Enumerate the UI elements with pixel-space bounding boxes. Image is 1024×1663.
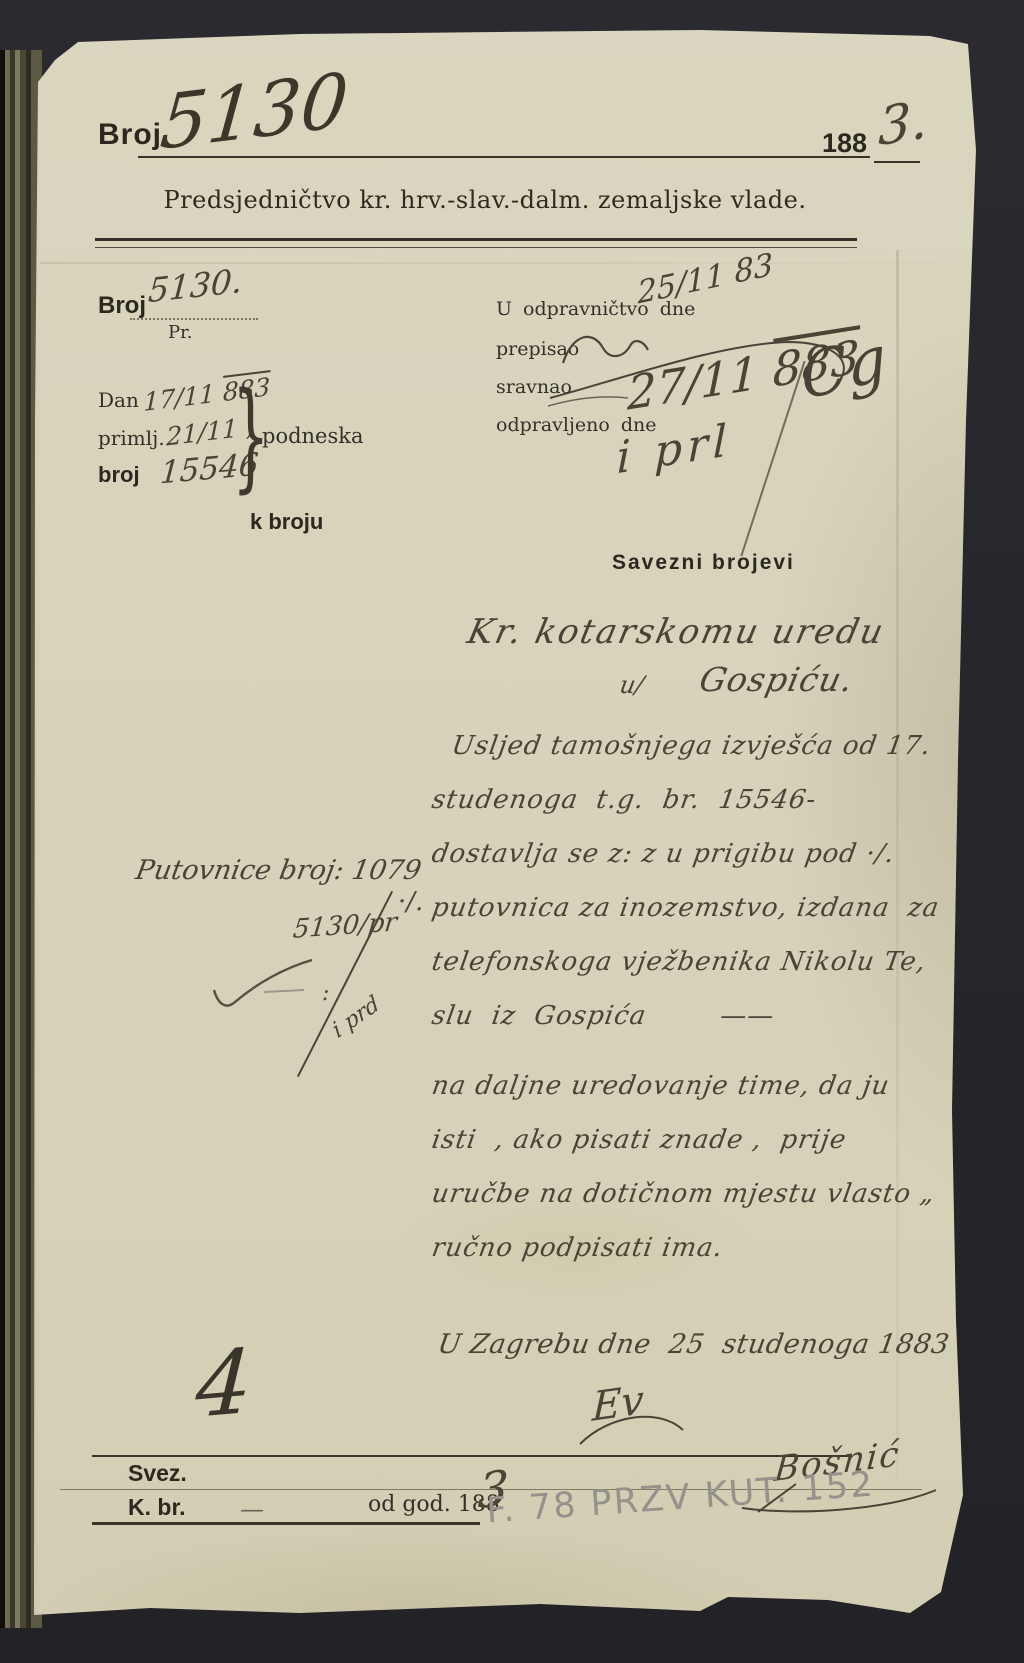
- signature-swash: [575, 1402, 695, 1457]
- footer-rule-bottom: [92, 1522, 480, 1525]
- body-line: telefonskoga vježbenika Nikolu Te,: [432, 948, 942, 977]
- receipt-broj2-label: broj: [98, 462, 140, 488]
- header-broj-value-handwritten: 5130: [157, 60, 351, 166]
- address-underline-1: [0, 0, 466, 2]
- file-number-fraction-handwritten: 5130/pr: [292, 908, 399, 944]
- body-line: ručno podpisati ima.: [432, 1234, 942, 1263]
- receipt-dan-label: Dan: [98, 388, 139, 412]
- document-scan: Broj 5130 188 3. Predsjedničtvo kr. hrv.…: [0, 0, 1024, 1663]
- footer-rule-top: [92, 1455, 852, 1457]
- horizontal-crease: [40, 262, 940, 264]
- body-line: na daljne uredovanje time, da ju: [432, 1072, 942, 1101]
- header-year-prefix: 188: [822, 128, 867, 159]
- putovnice-margin-note-handwritten: Putovnice broj: 1079: [133, 856, 423, 886]
- k-br-dash-handwritten: —: [240, 1496, 264, 1522]
- body-line: uručbe na dotičnom mjestu vlasto „: [432, 1180, 942, 1209]
- receipt-broj-value-handwritten: 5130.: [147, 263, 244, 310]
- header-year-digit-handwritten: 3.: [878, 92, 928, 158]
- putovnice-underline: [0, 4, 294, 6]
- body-line: Usljed tamošnjega izvješća od 17.: [452, 732, 962, 761]
- body-line: isti , ako pisati znade , prije: [432, 1126, 942, 1155]
- receipt-pr-label: Pr.: [168, 322, 192, 343]
- page-title: Predsjedničtvo kr. hrv.-slav.-dalm. zema…: [105, 186, 865, 214]
- body-line: slu iz Gospića ——: [432, 1002, 942, 1031]
- body-line: dostavlja se z: z u prigibu pod ·/.: [432, 840, 942, 869]
- checkmark-stroke: [208, 952, 338, 1014]
- svez-label: Svez.: [128, 1460, 187, 1487]
- enclosure-reference-mark: ·/.: [398, 888, 423, 917]
- paper-sheet: Broj 5130 188 3. Predsjedničtvo kr. hrv.…: [0, 0, 1024, 1663]
- podneska-label: podneska: [262, 424, 364, 448]
- filing-dots: :: [322, 982, 329, 1006]
- receipt-broj-label: Broj: [98, 292, 146, 320]
- address-line2-handwritten: Gospiću.: [696, 662, 857, 698]
- archive-pencil-note: F. 78 PRZV KUT. 152: [485, 1464, 876, 1531]
- k-br-label: K. br.: [128, 1494, 186, 1521]
- svez-value-handwritten: 4: [194, 1333, 255, 1435]
- address-underline-2: [0, 2, 278, 4]
- sravnao-label: sravnao: [496, 376, 572, 398]
- header-broj-label: Broj: [98, 118, 162, 152]
- address-prefix-handwritten: u/: [618, 672, 646, 698]
- title-double-rule: [95, 238, 857, 248]
- body-line: studenoga t.g. br. 15546-: [432, 786, 942, 815]
- header-underline: [138, 156, 870, 158]
- body-line: putovnica za inozemstvo, izdana za: [432, 894, 942, 923]
- address-line1-handwritten: Kr. kotarskomu uredu: [464, 614, 888, 651]
- dateline-handwritten: U Zagrebu dne 25 studenoga 1883: [438, 1330, 949, 1360]
- receipt-dotted-line: [130, 318, 258, 320]
- odpravnictvo-date-handwritten: 25/11 83: [637, 247, 774, 310]
- k-broju-label: k broju: [250, 509, 323, 535]
- header-year-underline: [874, 161, 920, 163]
- receipt-primlj-label: primlj.: [98, 426, 165, 450]
- savezni-brojevi-label: Savezni brojevi: [612, 551, 795, 575]
